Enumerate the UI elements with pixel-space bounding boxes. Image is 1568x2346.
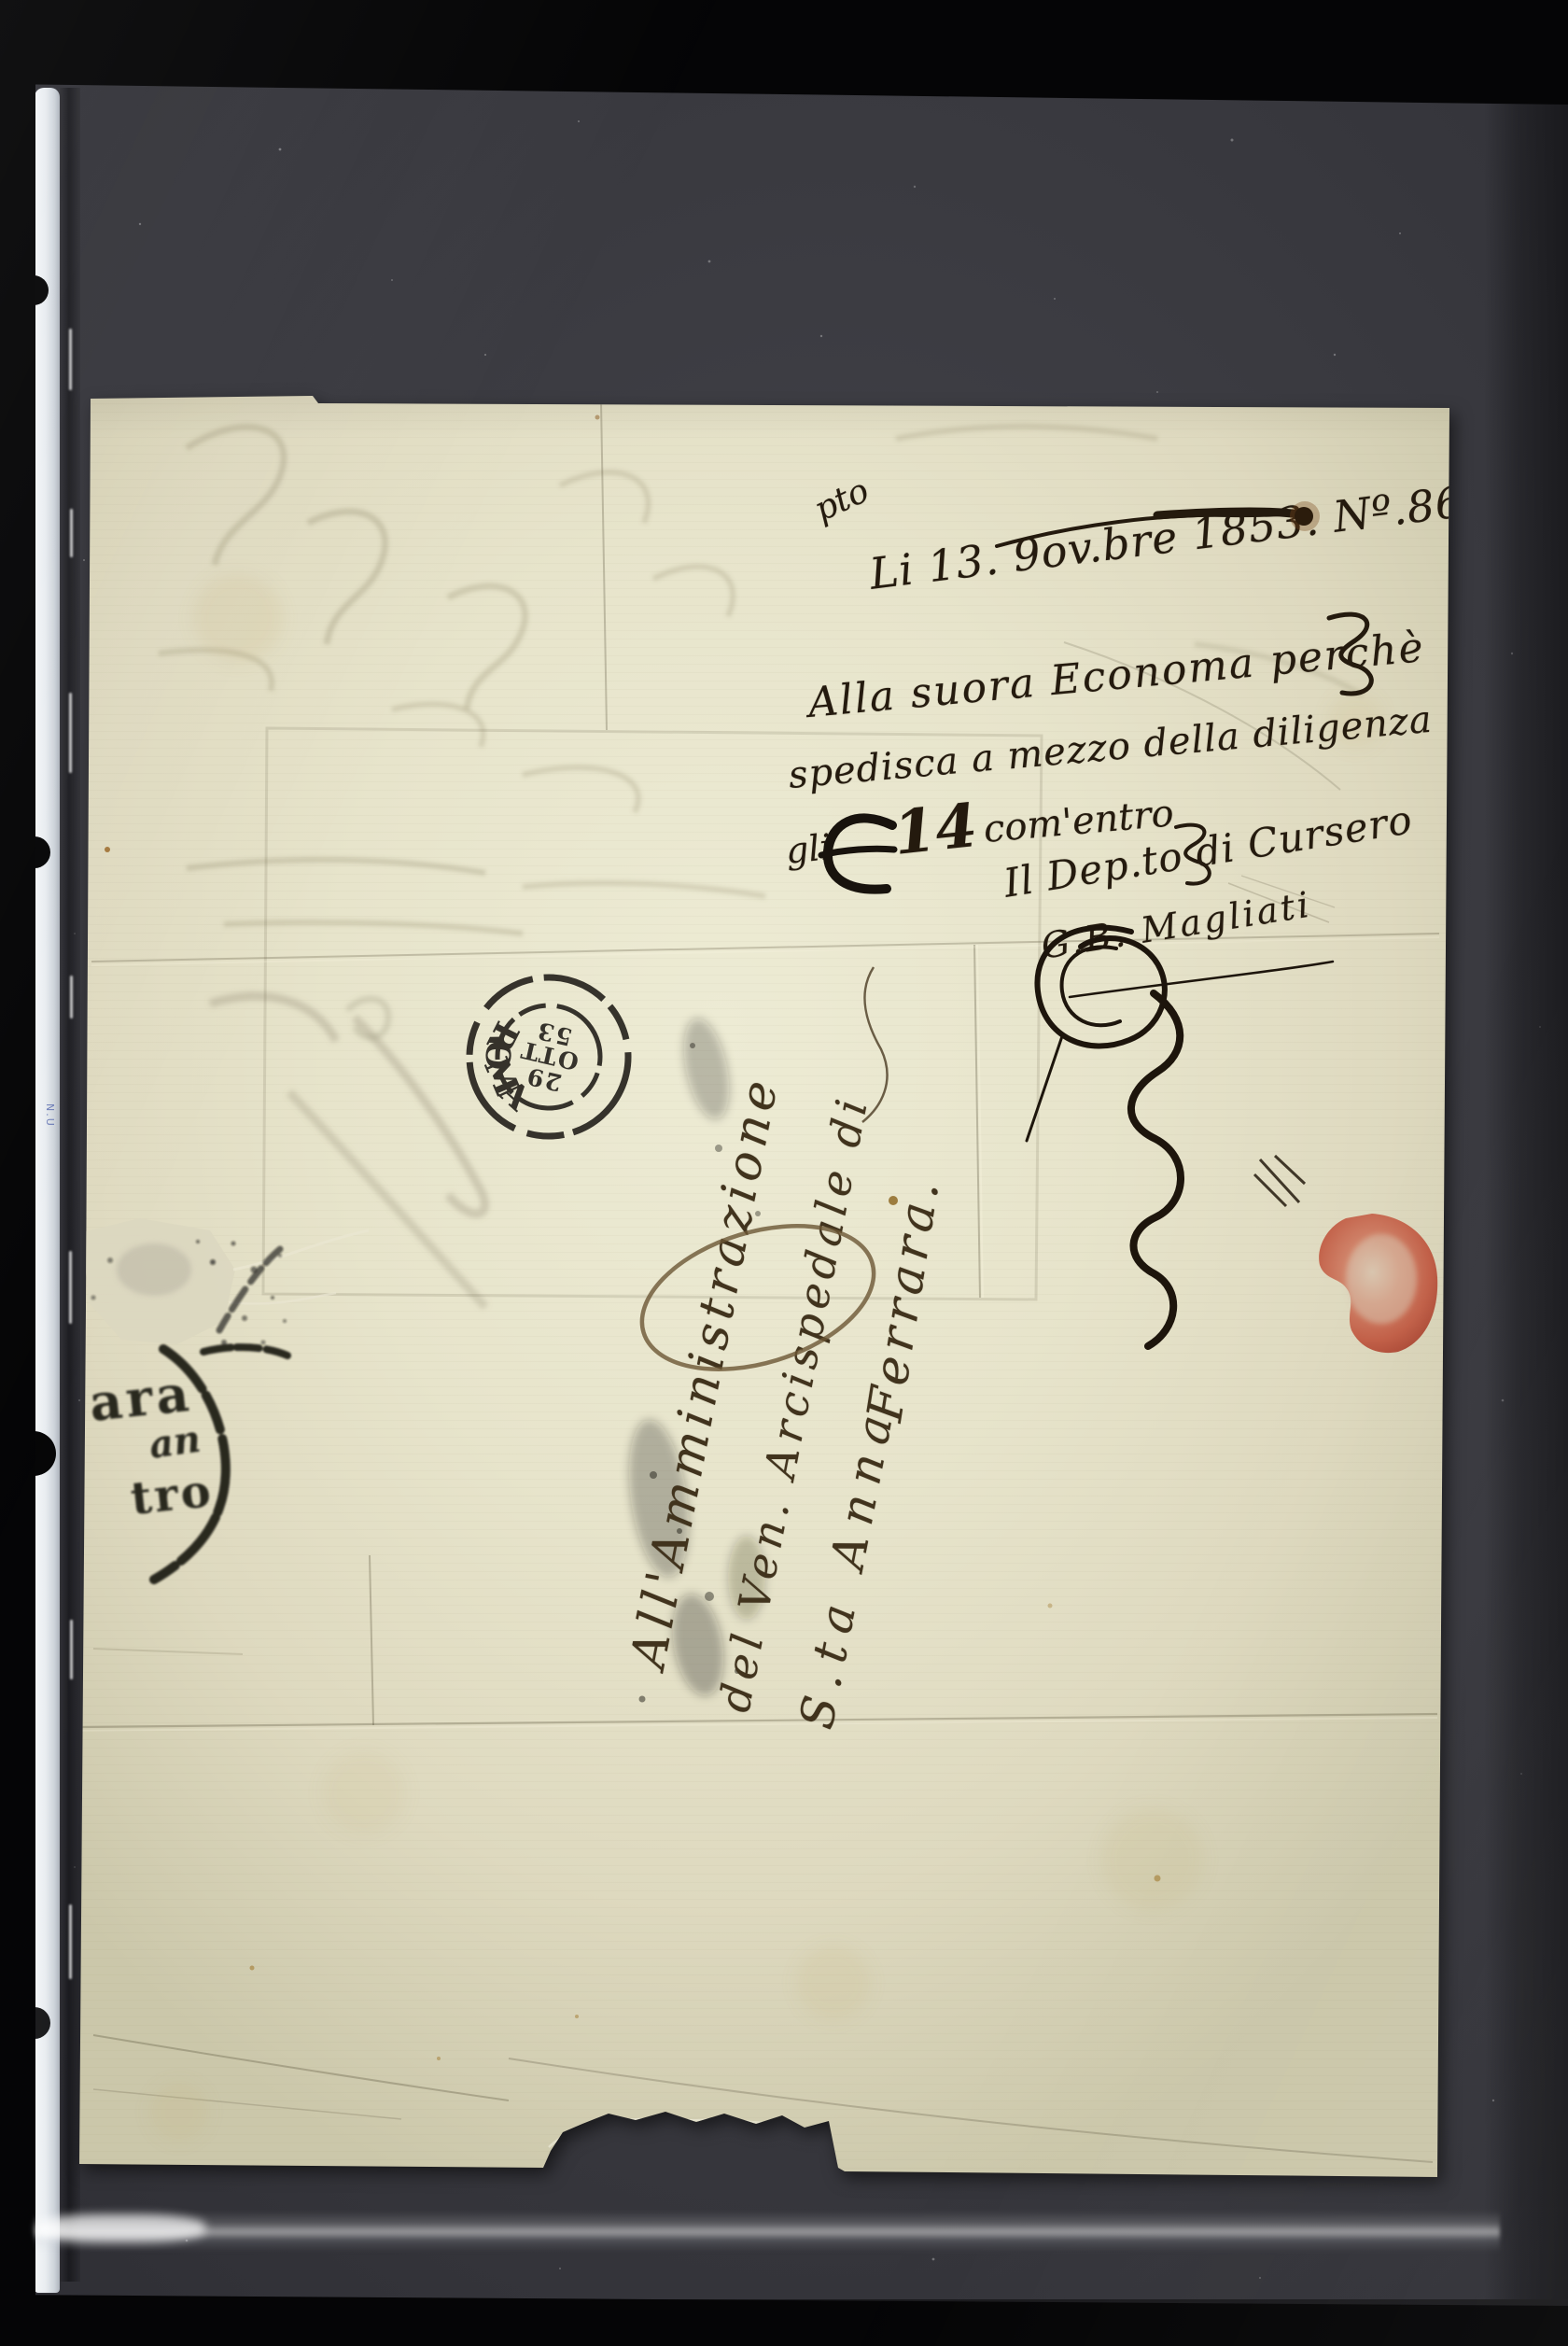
scudi-symbol xyxy=(821,818,894,889)
sleeve-reflection xyxy=(35,2211,1500,2252)
roma-letter: M xyxy=(476,1052,526,1102)
postmark-arrival-fragment: ara an tro xyxy=(87,1240,287,1580)
ink-and-stamps-layer: R O M A 29 OTT 53 xyxy=(0,0,1568,2346)
tear-fringe xyxy=(549,2117,836,2164)
arrival-frag-1: ara xyxy=(87,1363,196,1433)
sleeve-reflection-blob xyxy=(37,2214,205,2242)
wax-seal xyxy=(1319,1214,1437,1353)
pencil-squiggle xyxy=(210,996,485,1307)
address-city: Ferrara. xyxy=(857,1172,951,1425)
docket-pto: pto xyxy=(808,471,875,529)
roma-letter: R xyxy=(479,1016,526,1060)
docket-note-line3-lead: gli xyxy=(784,826,833,872)
pen-hatches xyxy=(1254,1156,1305,1206)
docket-signature: G.B. Magliati xyxy=(1039,884,1315,967)
arrival-frag-3: tro xyxy=(128,1465,216,1525)
arrival-frag-2: an xyxy=(147,1417,203,1468)
seal-tear-patch xyxy=(82,1218,369,1344)
roma-letter: A xyxy=(491,1071,538,1118)
letter-paper: pto Li 13. 9ov.bre 1853. Nº.864. Alla su… xyxy=(0,0,1568,2346)
roma-date-year: 53 xyxy=(534,1017,575,1051)
letter-back: pto Li 13. 9ov.bre 1853. Nº.864. Alla su… xyxy=(0,0,1568,2346)
paper-texture-layer xyxy=(0,0,1568,2346)
stamp-speckles xyxy=(91,1240,287,1345)
album-photo: N.U xyxy=(0,0,1568,2346)
signature-paraph xyxy=(1027,928,1333,1346)
roma-date-day: 29 xyxy=(523,1061,564,1096)
paper-stains xyxy=(149,573,1383,2142)
roma-date-month: OTT xyxy=(517,1035,581,1075)
docket-amount: 14 xyxy=(890,791,980,869)
roma-letter: O xyxy=(477,1040,517,1071)
postmark-roma: R O M A 29 OTT 53 xyxy=(443,951,654,1162)
docket-date-line: Li 13. 9ov.bre 1853. Nº.864. xyxy=(867,471,1509,599)
